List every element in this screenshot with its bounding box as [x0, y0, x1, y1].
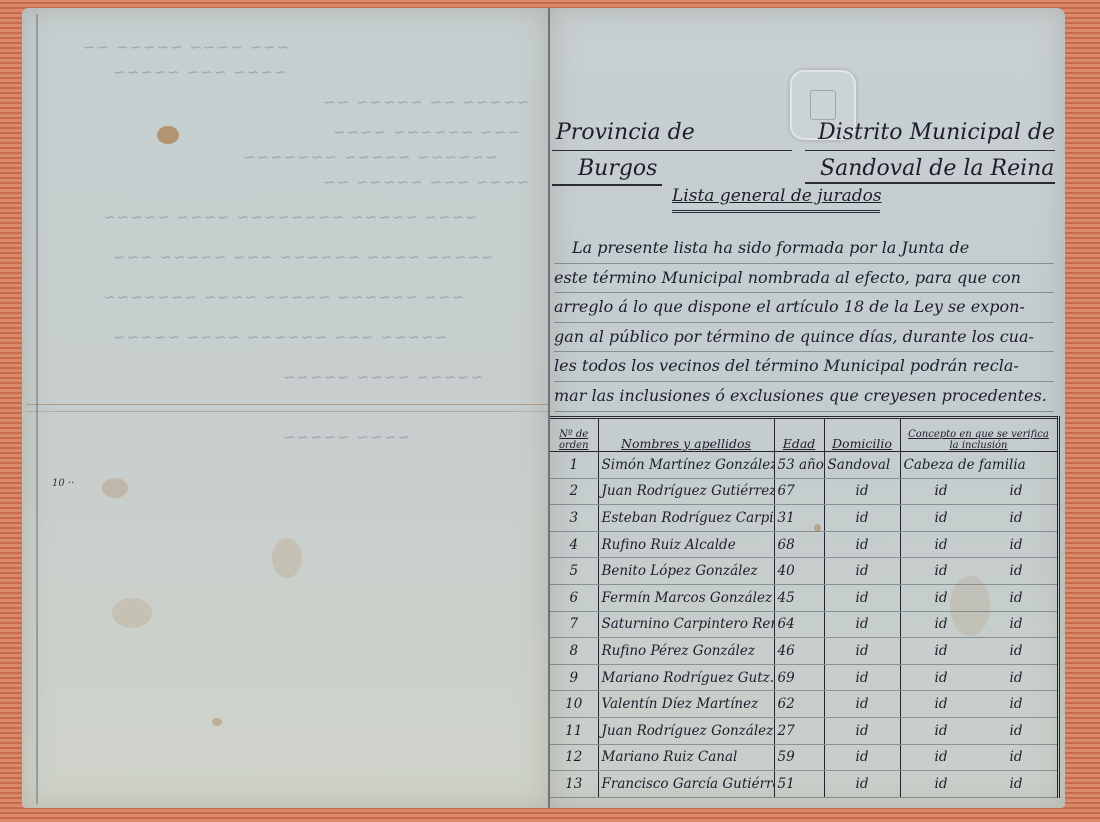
juror-age: 59	[774, 744, 824, 771]
juror-name: Valentín Díez Martínez	[598, 691, 774, 718]
col-name: Nombres y apellidos	[598, 418, 774, 452]
concept-part: id	[935, 616, 948, 632]
juror-age: 40	[774, 558, 824, 585]
juror-concept: idid	[900, 771, 1058, 798]
juror-concept: idid	[900, 691, 1058, 718]
paper-fold	[26, 404, 552, 412]
table-row: 9 Mariano Rodríguez Gutz. 69 id idid	[550, 664, 1058, 691]
order-number: 5	[550, 558, 598, 585]
juror-name: Juan Rodríguez González	[598, 717, 774, 744]
col-age: Edad	[774, 418, 824, 452]
header-rule	[552, 150, 792, 151]
order-number: 2	[550, 478, 598, 505]
bleed-through-text: ~~~~ ~~~~~ ~~~~~~~~ ~~~~ ~~~~~	[102, 208, 478, 226]
title-rule	[672, 210, 880, 213]
concept-part: id	[935, 483, 948, 499]
table-row: 13 Francisco García Gutiérrez 51 id idid	[550, 771, 1058, 798]
concept-part: id	[1010, 563, 1023, 579]
juror-domicile: id	[824, 638, 900, 665]
order-number: 9	[550, 664, 598, 691]
juror-concept: idid	[900, 744, 1058, 771]
concept-part: id	[935, 749, 948, 765]
concept-part: id	[1010, 643, 1023, 659]
intro-paragraph: La presente lista ha sido formada por la…	[554, 234, 1054, 412]
bleed-through-text: ~~~~ ~~~ ~~~~~	[112, 63, 286, 81]
juror-name: Benito López González	[598, 558, 774, 585]
table-row: 2 Juan Rodríguez Gutiérrez 67 id idid	[550, 478, 1058, 505]
water-stain	[112, 598, 152, 628]
concept-part: id	[935, 537, 948, 553]
bleed-through-text: ~~~~~ ~~ ~~~~~ ~~	[322, 93, 529, 111]
water-stain	[814, 524, 821, 532]
table-row: 12 Mariano Ruiz Canal 59 id idid	[550, 744, 1058, 771]
header-rule	[805, 182, 1055, 184]
bleed-through-text: ~~~~~ ~~~ ~~~~~~ ~~~~ ~~~~~	[112, 328, 447, 346]
concept-part: id	[1010, 590, 1023, 606]
order-number: 8	[550, 638, 598, 665]
juror-domicile: id	[824, 478, 900, 505]
table-row: 8 Rufino Pérez González 46 id idid	[550, 638, 1058, 665]
order-number: 12	[550, 744, 598, 771]
concept-part: id	[935, 590, 948, 606]
juror-concept: idid	[900, 638, 1058, 665]
juror-name: Francisco García Gutiérrez	[598, 771, 774, 798]
table-row: 1 Simón Martínez González 53 años Sandov…	[550, 452, 1058, 479]
table-row: 11 Juan Rodríguez González 27 id idid	[550, 717, 1058, 744]
col-order: Nº de orden	[550, 418, 598, 452]
juror-name: Mariano Ruiz Canal	[598, 744, 774, 771]
juror-age: 68	[774, 531, 824, 558]
juror-age: 51	[774, 771, 824, 798]
juror-concept: idid	[900, 531, 1058, 558]
juror-concept: idid	[900, 505, 1058, 532]
concept-part: id	[1010, 510, 1023, 526]
concept-part: id	[1010, 749, 1023, 765]
juror-domicile: id	[824, 531, 900, 558]
juror-domicile: id	[824, 505, 900, 532]
order-number: 4	[550, 531, 598, 558]
order-number: 10	[550, 691, 598, 718]
juror-domicile: id	[824, 771, 900, 798]
juror-name: Esteban Rodríguez Carpintero	[598, 505, 774, 532]
table-header-row: Nº de orden Nombres y apellidos Edad Dom…	[550, 418, 1058, 452]
juror-age: 67	[774, 478, 824, 505]
col-concept: Concepto en que se verifica la inclusión	[900, 418, 1058, 452]
concept-part: id	[935, 776, 948, 792]
juror-name: Juan Rodríguez Gutiérrez	[598, 478, 774, 505]
concept-part: id	[1010, 723, 1023, 739]
juror-name: Simón Martínez González	[598, 452, 774, 479]
seal-shield-icon	[810, 90, 836, 120]
concept-part: id	[1010, 776, 1023, 792]
paragraph-line: gan al público por término de quince día…	[554, 323, 1054, 353]
bleed-through-text: ~~~~ ~~~ ~~~~~ ~~	[322, 173, 529, 191]
juror-domicile: id	[824, 691, 900, 718]
paragraph-line: mar las inclusiones ó exclusiones que cr…	[554, 382, 1054, 412]
juror-domicile: id	[824, 744, 900, 771]
document-spread: ~~~ ~~~~ ~~~~~ ~~ ~~~~ ~~~ ~~~~~ ~~~~~ ~…	[18, 8, 1070, 812]
order-number: 13	[550, 771, 598, 798]
right-page: Provincia de Burgos Distrito Municipal d…	[550, 8, 1065, 808]
juror-name: Rufino Pérez González	[598, 638, 774, 665]
paragraph-line: les todos los vecinos del término Munici…	[554, 352, 1054, 382]
juror-name: Mariano Rodríguez Gutz.	[598, 664, 774, 691]
water-stain	[157, 126, 179, 144]
table-row: 3 Esteban Rodríguez Carpintero 31 id idi…	[550, 505, 1058, 532]
juror-concept: Cabeza de familia	[900, 452, 1058, 479]
juror-concept: idid	[900, 664, 1058, 691]
concept-part: id	[935, 510, 948, 526]
paragraph-line: este término Municipal nombrada al efect…	[554, 264, 1054, 294]
concept-part: id	[935, 696, 948, 712]
juror-age: 69	[774, 664, 824, 691]
bleed-through-text: ~~~~~~ ~~~~~ ~~~~~~~	[242, 148, 498, 166]
water-stain	[212, 718, 222, 726]
district-value: Sandoval de la Reina	[820, 156, 1054, 181]
header-rule	[552, 184, 662, 186]
concept-part: id	[1010, 616, 1023, 632]
juror-name: Fermín Marcos González	[598, 584, 774, 611]
juror-name: Saturnino Carpintero Renedo	[598, 611, 774, 638]
juror-age: 53 años	[774, 452, 824, 479]
paragraph-line: La presente lista ha sido formada por la…	[554, 234, 1054, 264]
juror-age: 45	[774, 584, 824, 611]
table-row: 4 Rufino Ruiz Alcalde 68 id idid	[550, 531, 1058, 558]
table-row: 5 Benito López González 40 id idid	[550, 558, 1058, 585]
bleed-through-text: ~~~ ~~~~~~ ~~~~	[332, 123, 520, 141]
bleed-through-text: ~~~ ~~~~~~ ~~~~~ ~~~~ ~~~~~~~	[102, 288, 464, 306]
concept-part: id	[1010, 483, 1023, 499]
concept-part: id	[935, 670, 948, 686]
concept-part: id	[1010, 670, 1023, 686]
bleed-through-text: ~~~~~ ~~~~ ~~~~~~ ~~~ ~~~~~ ~~~	[112, 248, 494, 266]
juror-domicile: id	[824, 584, 900, 611]
district-label: Distrito Municipal de	[818, 120, 1055, 145]
juror-concept: idid	[900, 717, 1058, 744]
juror-age: 27	[774, 717, 824, 744]
juror-name: Rufino Ruiz Alcalde	[598, 531, 774, 558]
province-value: Burgos	[578, 156, 657, 181]
juror-domicile: Sandoval	[824, 452, 900, 479]
concept-part: id	[935, 723, 948, 739]
header-rule	[805, 150, 1055, 151]
concept-part: id	[935, 643, 948, 659]
order-number: 11	[550, 717, 598, 744]
order-number: 6	[550, 584, 598, 611]
province-label: Provincia de	[556, 120, 695, 145]
bleed-through-text: ~~~~ ~~~~~	[282, 428, 410, 446]
juror-domicile: id	[824, 611, 900, 638]
concept-part: id	[935, 563, 948, 579]
water-stain	[102, 478, 128, 498]
document-title: Lista general de jurados	[672, 186, 882, 206]
table-row: 10 Valentín Díez Martínez 62 id idid	[550, 691, 1058, 718]
juror-age: 62	[774, 691, 824, 718]
order-number: 3	[550, 505, 598, 532]
paragraph-line: arreglo á lo que dispone el artículo 18 …	[554, 293, 1054, 323]
concept-part: id	[1010, 696, 1023, 712]
bleed-through-text: ~~~~~ ~~~~ ~~~~~	[282, 368, 484, 386]
water-stain	[272, 538, 302, 578]
water-stain	[950, 576, 990, 636]
juror-domicile: id	[824, 558, 900, 585]
order-number: 7	[550, 611, 598, 638]
margin-mark: 10 ··	[52, 478, 74, 489]
left-page: ~~~ ~~~~ ~~~~~ ~~ ~~~~ ~~~ ~~~~~ ~~~~~ ~…	[22, 8, 548, 808]
concept-part: id	[1010, 537, 1023, 553]
col-domicile: Domicilio	[824, 418, 900, 452]
juror-concept: idid	[900, 478, 1058, 505]
order-number: 1	[550, 452, 598, 479]
bleed-through-text: ~~~ ~~~~ ~~~~~ ~~	[82, 38, 289, 56]
juror-age: 46	[774, 638, 824, 665]
juror-domicile: id	[824, 664, 900, 691]
juror-age: 64	[774, 611, 824, 638]
juror-domicile: id	[824, 717, 900, 744]
